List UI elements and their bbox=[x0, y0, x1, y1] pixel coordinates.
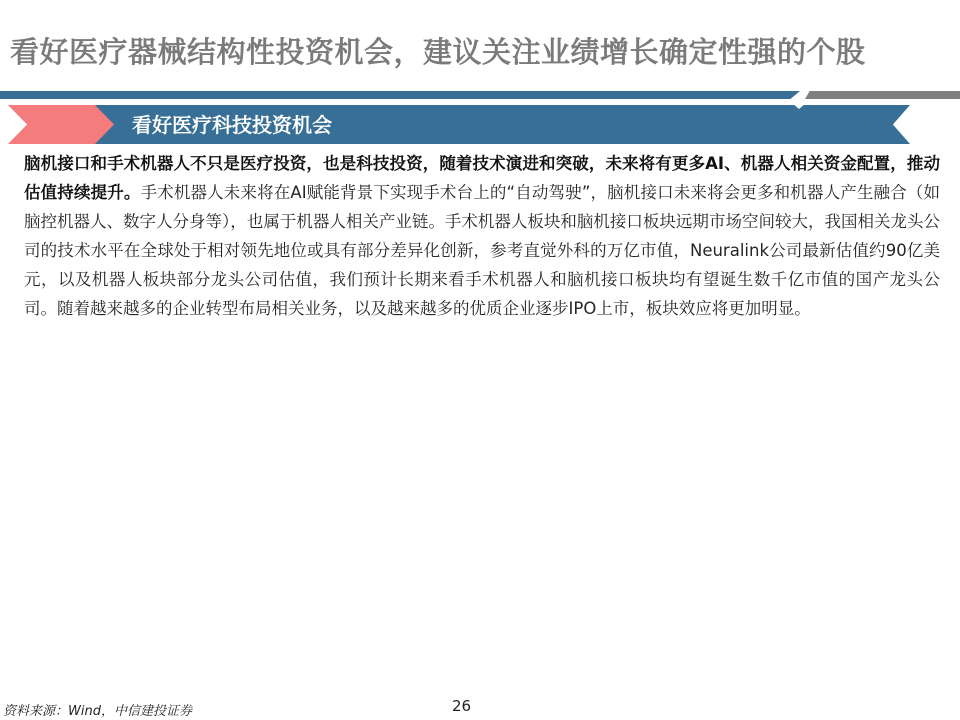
page-number: 26 bbox=[452, 697, 471, 715]
body-paragraph: 脑机接口和手术机器人不只是医疗投资，也是科技投资，随着技术演进和突破，未来将有更… bbox=[24, 149, 940, 323]
body-text: 手术机器人未来将在AI赋能背景下实现手术台上的“自动驾驶”，脑机接口未来将会更多… bbox=[24, 183, 940, 318]
header-rule-blue bbox=[0, 91, 800, 99]
section-banner-title: 看好医疗科技投资机会 bbox=[132, 107, 332, 143]
header-rule-gray bbox=[805, 91, 960, 99]
page-title: 看好医疗器械结构性投资机会，建议关注业绩增长确定性强的个股 bbox=[10, 30, 960, 71]
chevron-arrow-icon bbox=[8, 105, 114, 144]
footer-source: 资料来源：Wind，中信建投证券 bbox=[3, 700, 192, 719]
